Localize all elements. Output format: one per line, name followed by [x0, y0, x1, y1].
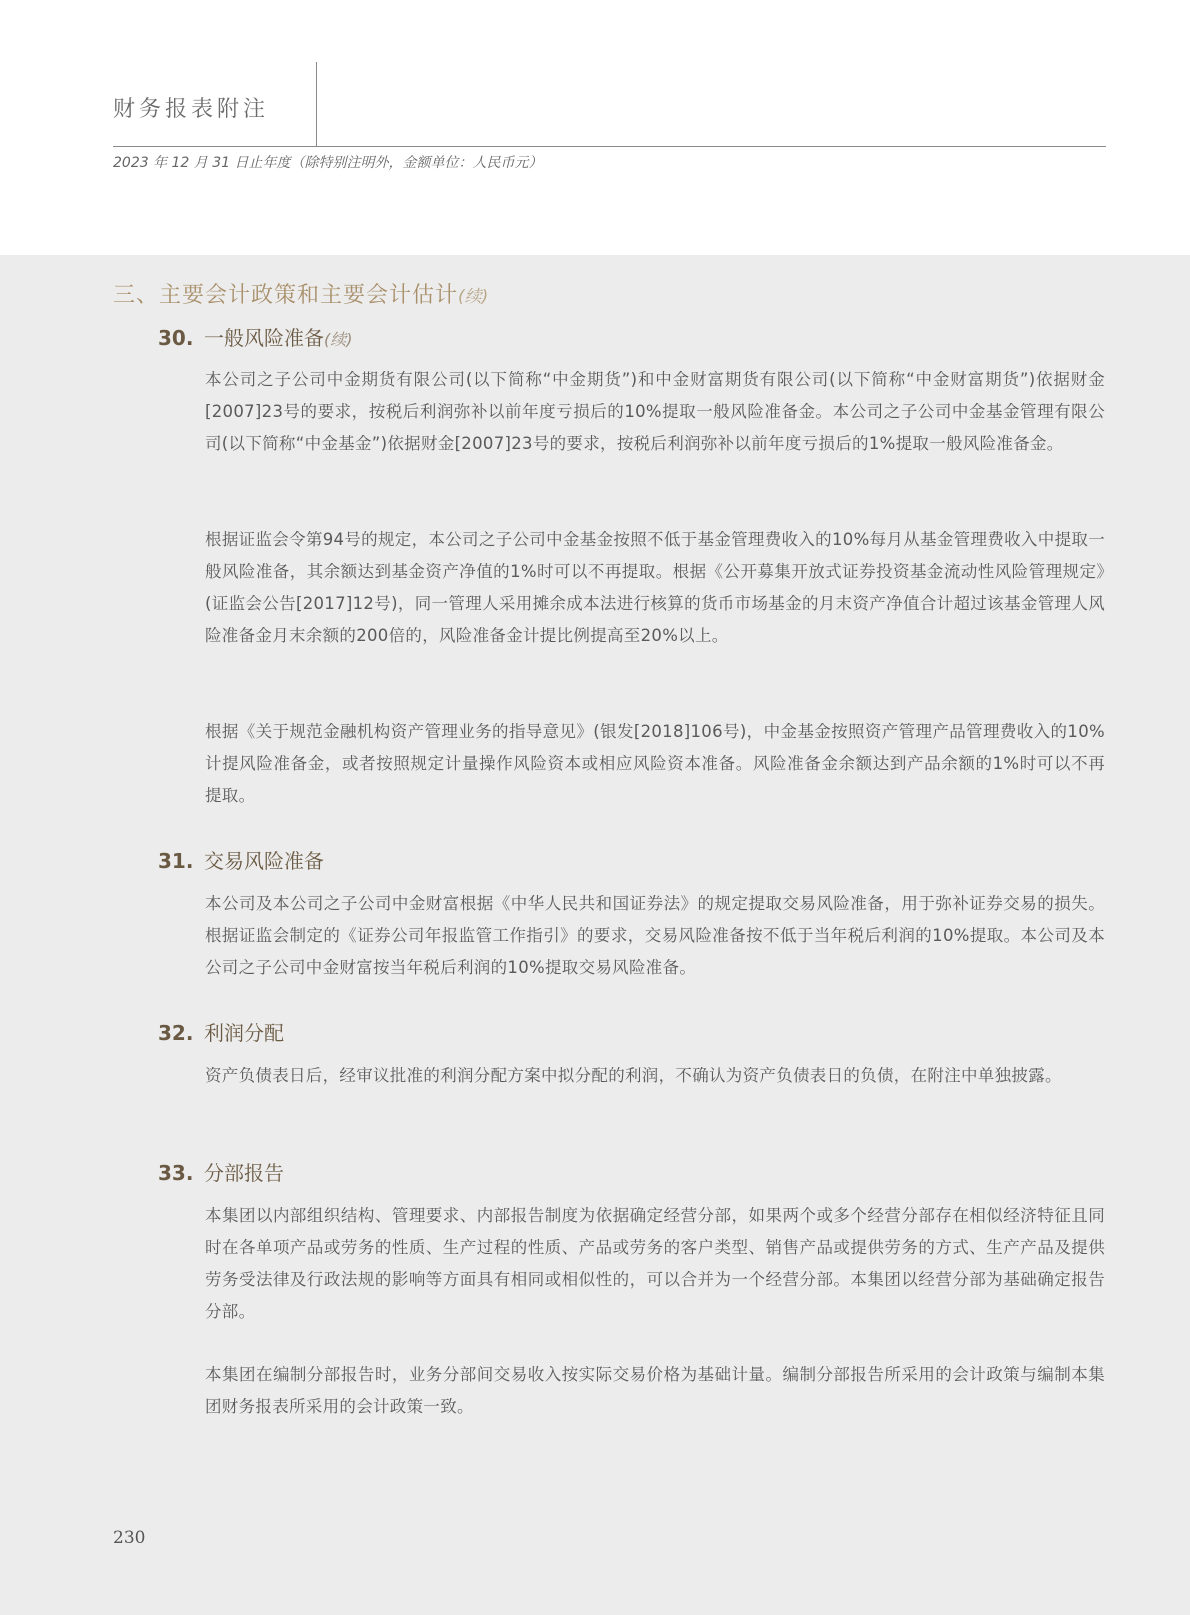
item-30-paragraph-3: 根据《关于规范金融机构资产管理业务的指导意见》(银发[2018]106号)，中金…	[205, 716, 1105, 812]
item-30-paragraph-2: 根据证监会令第94号的规定，本公司之子公司中金基金按照不低于基金管理费收入的10…	[205, 524, 1105, 652]
item-number: 31.	[158, 849, 204, 873]
section-title-text: 三、主要会计政策和主要会计估计	[113, 283, 458, 308]
header-title: 财务报表附注	[113, 92, 269, 123]
item-30-paragraph-1: 本公司之子公司中金期货有限公司(以下简称“中金期货”)和中金财富期货有限公司(以…	[205, 364, 1105, 460]
item-continued: (续)	[324, 330, 353, 349]
item-31-paragraph-1: 本公司及本公司之子公司中金财富根据《中华人民共和国证券法》的规定提取交易风险准备…	[205, 888, 1105, 984]
item-title: 分部报告	[204, 1161, 284, 1185]
section-title: 三、主要会计政策和主要会计估计(续)	[113, 278, 488, 309]
item-number: 33.	[158, 1161, 204, 1185]
page-header: 财务报表附注 2023 年 12 月 31 日止年度（除特别注明外，金额单位：人…	[0, 0, 1190, 255]
header-subtitle: 2023 年 12 月 31 日止年度（除特别注明外，金额单位：人民币元）	[113, 152, 543, 172]
item-title: 一般风险准备	[204, 326, 324, 350]
header-vertical-divider	[316, 62, 317, 147]
item-number: 32.	[158, 1021, 204, 1045]
item-number: 30.	[158, 326, 204, 350]
item-30-heading: 30.一般风险准备(续)	[158, 322, 353, 351]
item-33-paragraph-1: 本集团以内部组织结构、管理要求、内部报告制度为依据确定经营分部，如果两个或多个经…	[205, 1200, 1105, 1328]
item-33-heading: 33.分部报告	[158, 1157, 284, 1186]
item-32-heading: 32.利润分配	[158, 1017, 284, 1046]
header-horizontal-divider	[113, 146, 1106, 147]
item-31-heading: 31.交易风险准备	[158, 845, 324, 874]
page-number: 230	[113, 1528, 145, 1548]
item-32-paragraph-1: 资产负债表日后，经审议批准的利润分配方案中拟分配的利润，不确认为资产负债表日的负…	[205, 1060, 1105, 1092]
item-title: 利润分配	[204, 1021, 284, 1045]
item-33-paragraph-2: 本集团在编制分部报告时，业务分部间交易收入按实际交易价格为基础计量。编制分部报告…	[205, 1359, 1105, 1423]
section-continued: (续)	[458, 287, 488, 307]
item-title: 交易风险准备	[204, 849, 324, 873]
